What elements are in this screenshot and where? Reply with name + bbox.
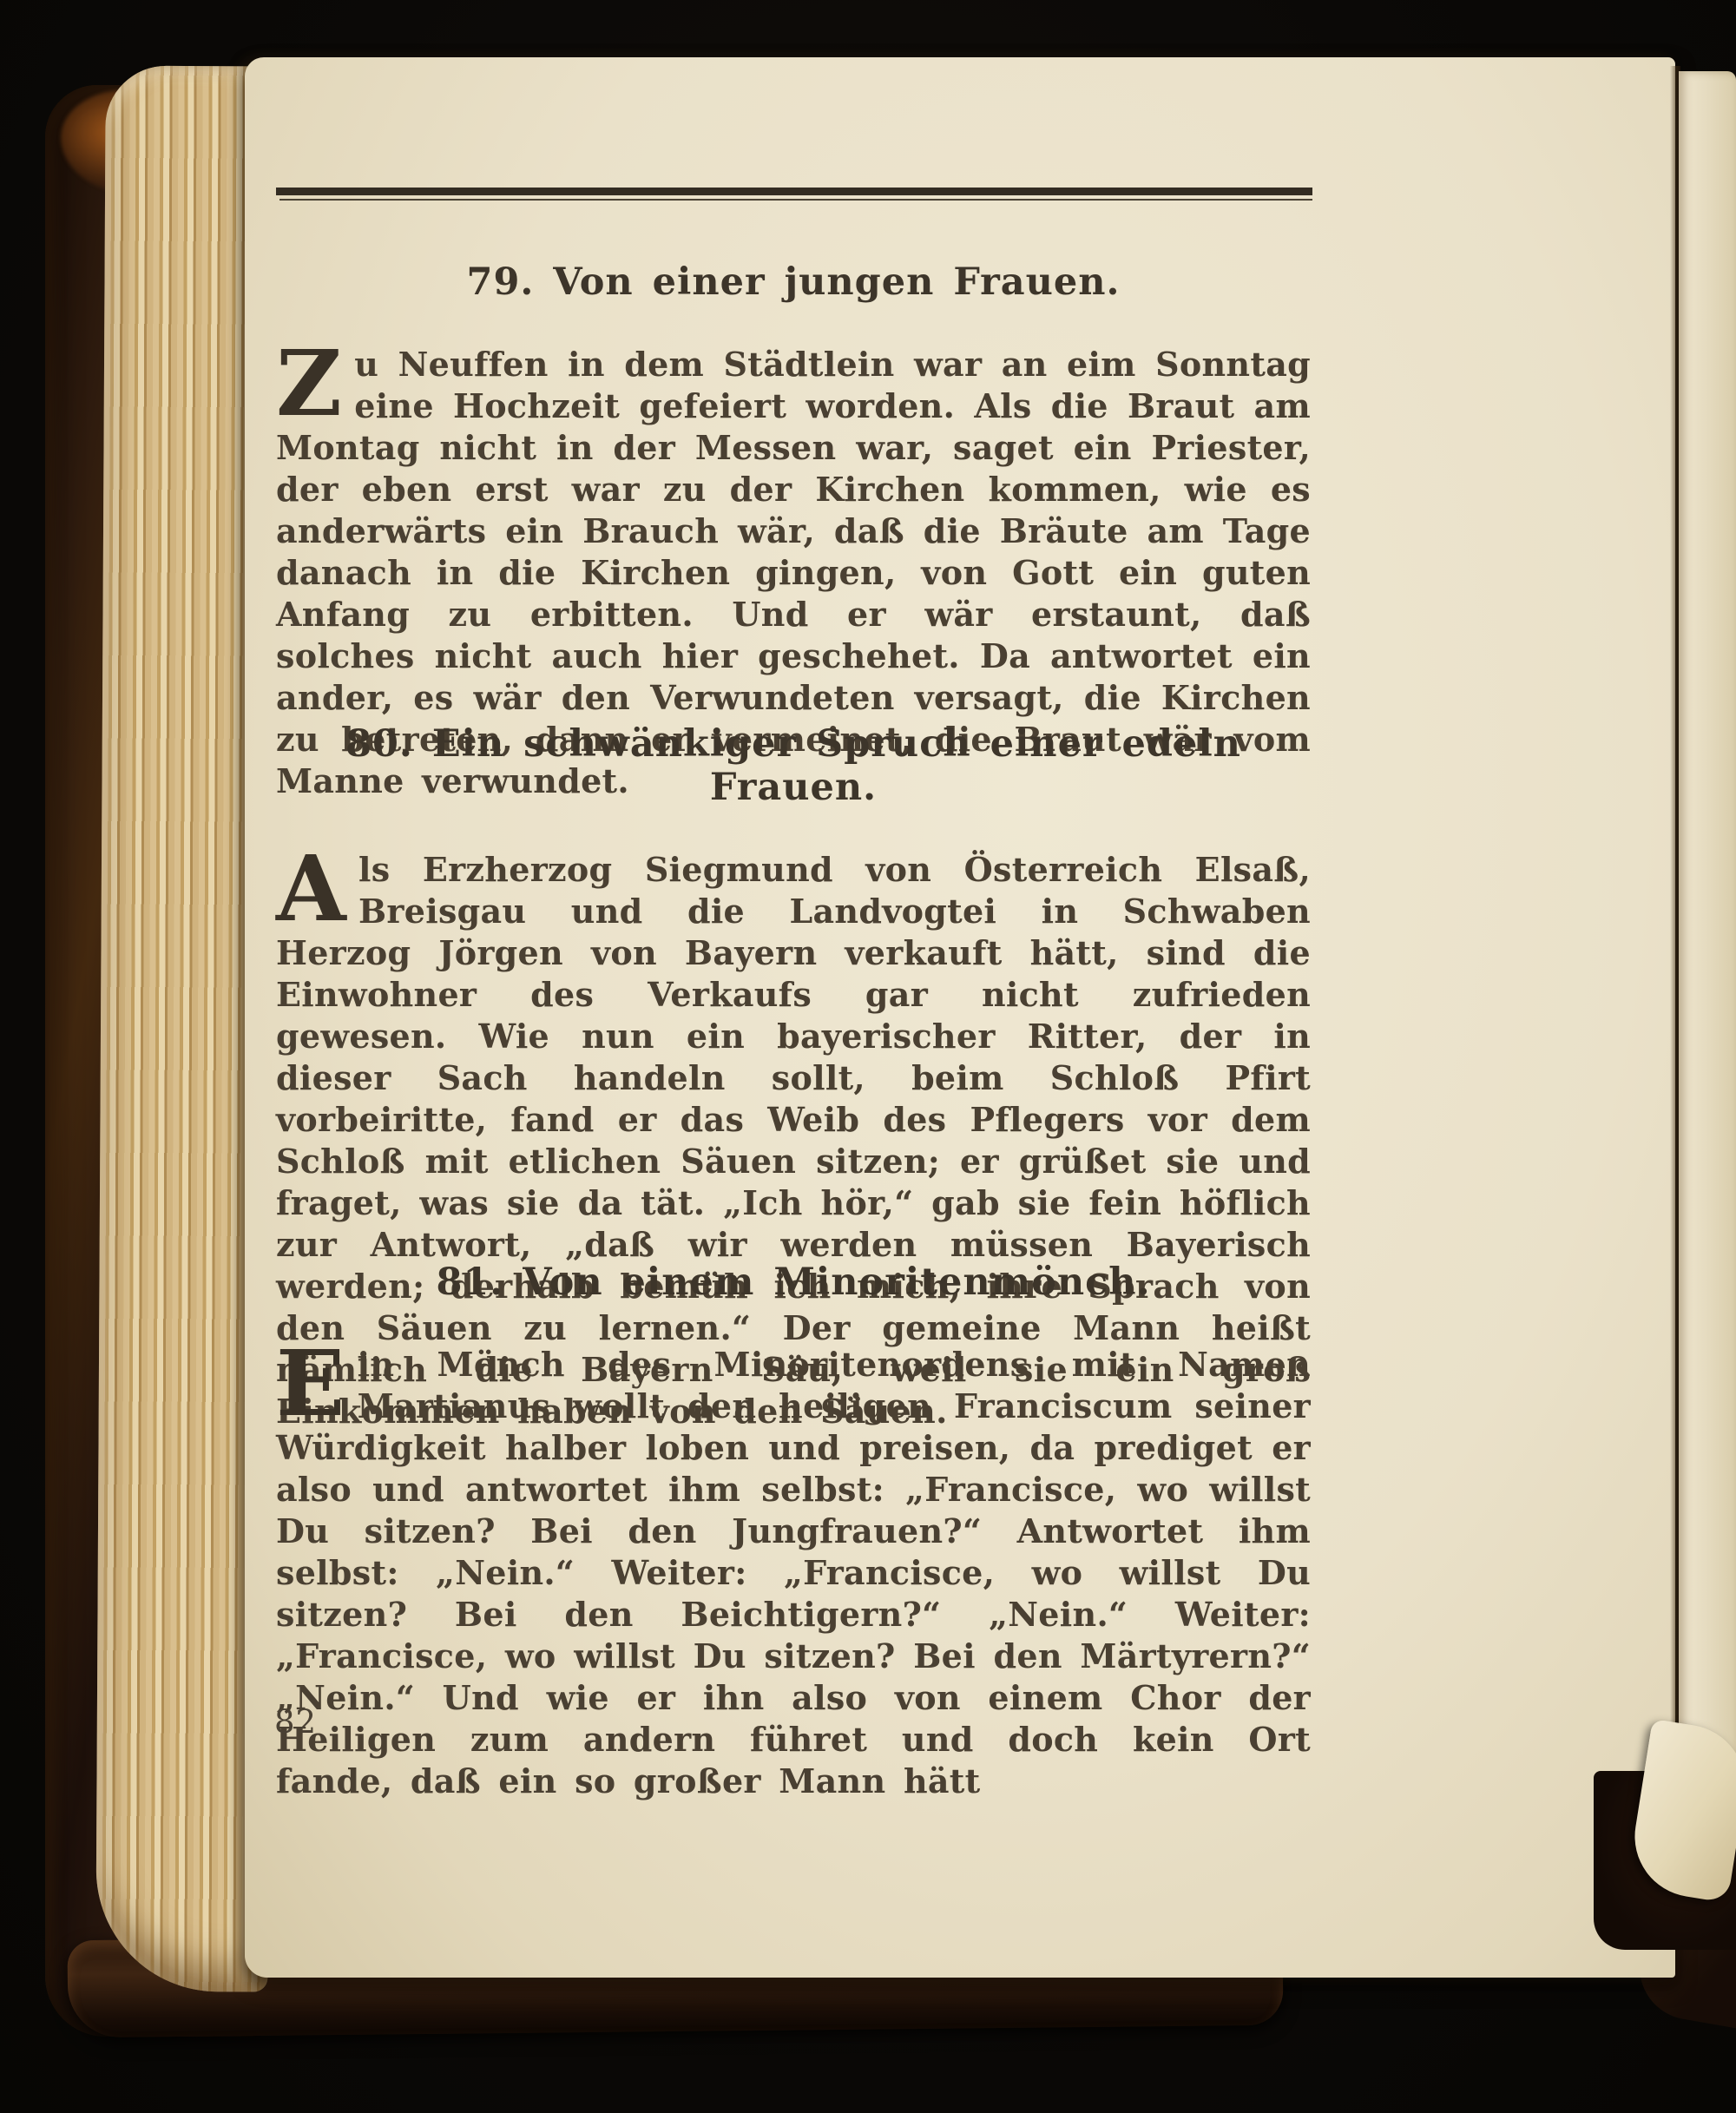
story-body-text: in Mönch des Minoritenordens mit Namen M… bbox=[276, 1345, 1311, 1800]
story-heading: 81. Von einem Minoritenmönch. bbox=[276, 1261, 1311, 1304]
story-heading: 79. Von einer jungen Frauen. bbox=[276, 260, 1311, 304]
drop-cap-initial: A bbox=[276, 849, 358, 925]
story-81: 81. Von einem Minoritenmönch. Ein Mönch … bbox=[276, 1261, 1311, 1802]
story-79: 79. Von einer jungen Frauen. Zu Neuffen … bbox=[276, 260, 1311, 802]
printed-content: 79. Von einer jungen Frauen. Zu Neuffen … bbox=[0, 0, 1736, 2113]
drop-cap-initial: E bbox=[276, 1344, 358, 1420]
drop-cap-initial: Z bbox=[276, 344, 354, 420]
page-number-label: 82 bbox=[274, 1703, 317, 1741]
story-paragraph: Ein Mönch des Minoritenordens mit Namen … bbox=[276, 1344, 1311, 1802]
header-divider-rule bbox=[276, 188, 1312, 195]
book-photo-scene: 79. Von einer jungen Frauen. Zu Neuffen … bbox=[0, 0, 1736, 2113]
story-heading: 80. Ein schwänkiger Spruch einer edeln F… bbox=[276, 722, 1311, 809]
